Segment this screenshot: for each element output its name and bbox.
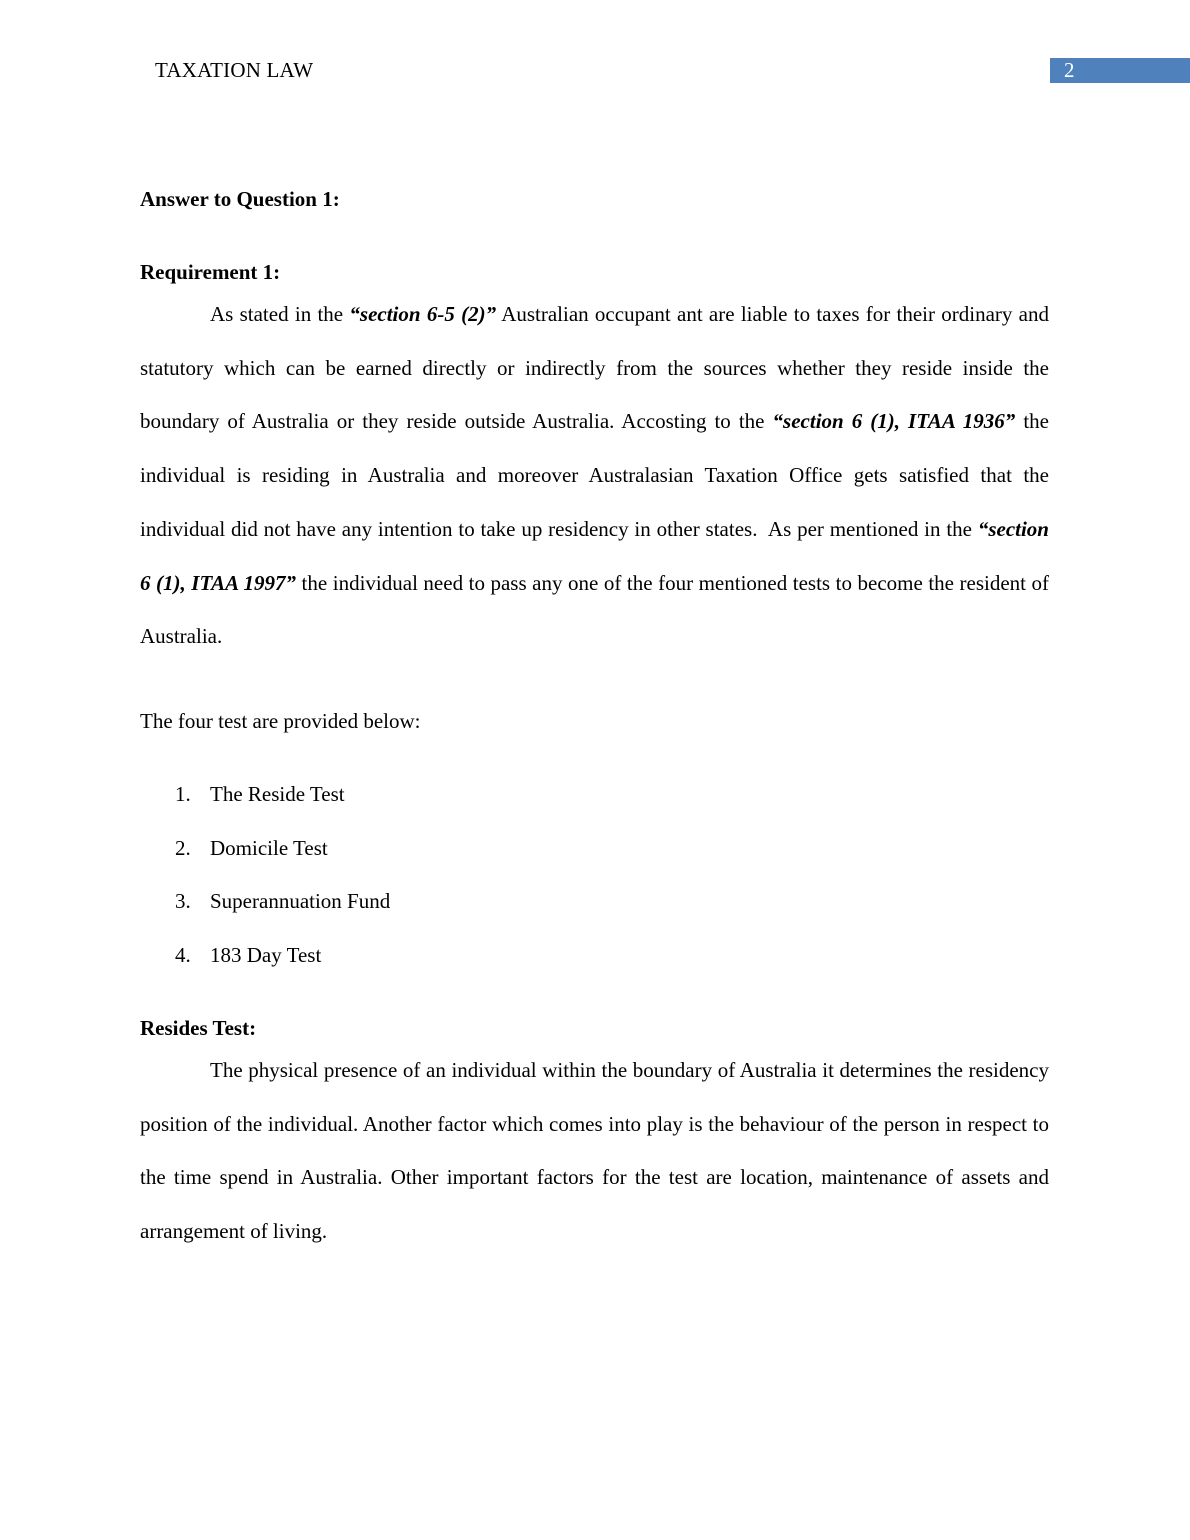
header-title: TAXATION LAW [155,58,313,83]
citation-itaa-1936: “section 6 (1), ITAA 1936” [773,409,1016,433]
paragraph-residency: As stated in the “section 6-5 (2)” Austr… [140,288,1049,664]
list-label: 183 Day Test [210,943,321,967]
text-run: As stated in the [210,302,349,326]
list-number: 4. [175,943,210,968]
list-item: 2.Domicile Test [175,836,328,861]
heading-requirement: Requirement 1: [140,260,280,285]
page-number-box: 2 [1050,58,1190,83]
tests-intro: The four test are provided below: [140,709,421,734]
list-number: 1. [175,782,210,807]
citation-section-6-5: “section 6-5 (2)” [349,302,496,326]
heading-resides-test: Resides Test: [140,1016,256,1041]
list-item: 1.The Reside Test [175,782,345,807]
list-item: 4.183 Day Test [175,943,321,968]
text-run: The physical presence of an individual w… [140,1058,1049,1243]
list-label: Domicile Test [210,836,328,860]
paragraph-resides-test: The physical presence of an individual w… [140,1044,1049,1259]
list-label: The Reside Test [210,782,345,806]
heading-answer: Answer to Question 1: [140,187,340,212]
list-item: 3.Superannuation Fund [175,889,390,914]
list-label: Superannuation Fund [210,889,390,913]
page-number: 2 [1064,58,1075,83]
list-number: 2. [175,836,210,861]
list-number: 3. [175,889,210,914]
